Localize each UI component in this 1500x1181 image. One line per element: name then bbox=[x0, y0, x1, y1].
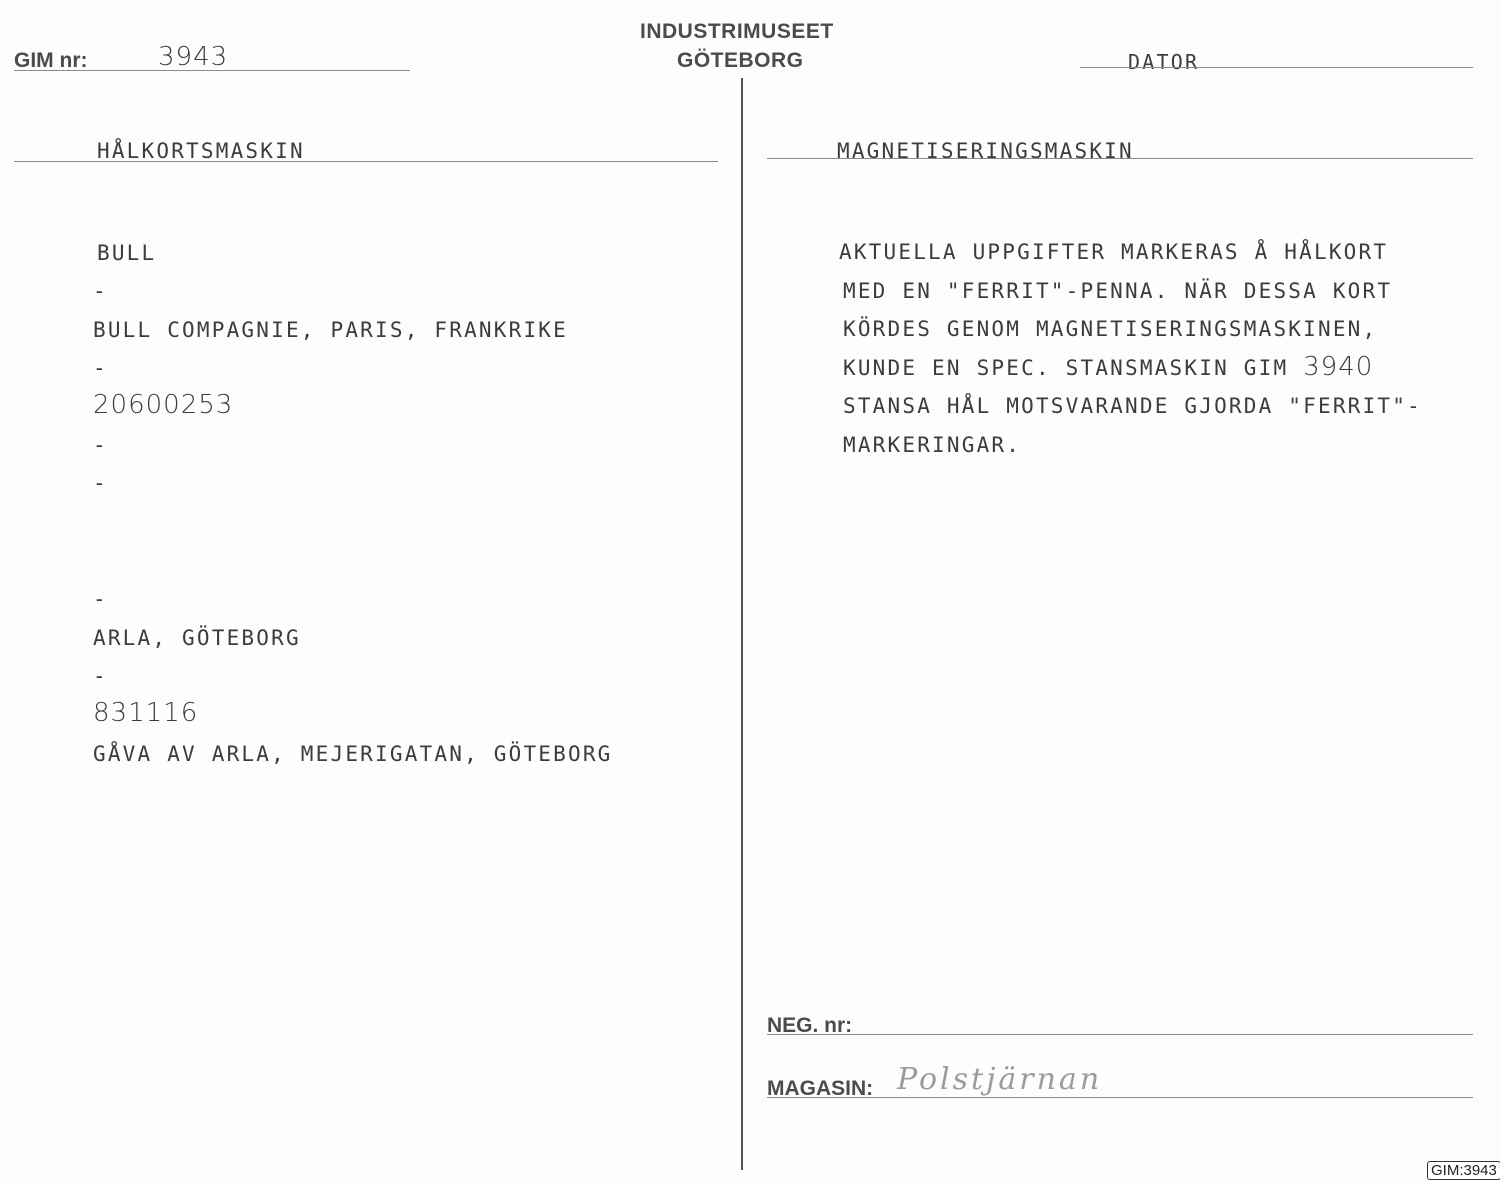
column-divider bbox=[741, 78, 743, 1170]
field-dash-2: - bbox=[93, 356, 108, 380]
magasin-value-handwritten: Polstjärnan bbox=[897, 1062, 1102, 1097]
description-line-2: MED EN "FERRIT"-PENNA. NÄR DESSA KORT bbox=[843, 279, 1392, 303]
neg-number-rule bbox=[767, 1034, 1473, 1035]
museum-name-line2: GÖTEBORG bbox=[677, 49, 804, 73]
field-dash-4: - bbox=[93, 471, 108, 495]
field-serial-number: 20600253 bbox=[93, 390, 233, 420]
reference-gim-number: 3940 bbox=[1303, 352, 1373, 382]
object-name: HÅLKORTSMASKIN bbox=[97, 139, 305, 163]
archive-stamp: GIM:3943 bbox=[1427, 1161, 1500, 1180]
field-dash-1: - bbox=[93, 279, 108, 303]
subtype-name: MAGNETISERINGSMASKIN bbox=[837, 139, 1134, 163]
description-line-4: KUNDE EN SPEC. STANSMASKIN GIM 3940 bbox=[843, 352, 1373, 382]
subtype-name-rule bbox=[767, 158, 1473, 159]
description-line-5: STANSA HÅL MOTSVARANDE GJORDA "FERRIT"- bbox=[843, 394, 1422, 418]
field-acquisition: GÅVA AV ARLA, MEJERIGATAN, GÖTEBORG bbox=[93, 742, 613, 766]
description-line-3: KÖRDES GENOM MAGNETISERINGSMASKINEN, bbox=[843, 317, 1377, 341]
field-dash-5: - bbox=[93, 587, 108, 611]
field-user: ARLA, GÖTEBORG bbox=[93, 626, 301, 650]
category-rule bbox=[1080, 67, 1473, 68]
field-manufacturer: BULL COMPAGNIE, PARIS, FRANKRIKE bbox=[93, 318, 568, 342]
description-line-4-text: KUNDE EN SPEC. STANSMASKIN GIM bbox=[843, 356, 1303, 380]
description-line-6: MARKERINGAR. bbox=[843, 433, 1021, 457]
magasin-rule bbox=[767, 1097, 1473, 1098]
gim-number-rule bbox=[14, 70, 410, 71]
object-name-rule bbox=[14, 161, 718, 162]
category-value: DATOR bbox=[1128, 50, 1199, 74]
museum-name-line1: INDUSTRIMUSEET bbox=[640, 20, 834, 44]
field-date: 831116 bbox=[93, 698, 198, 728]
field-manufacturer-short: BULL bbox=[97, 241, 156, 265]
description-line-1: AKTUELLA UPPGIFTER MARKERAS Å HÅLKORT bbox=[839, 240, 1388, 264]
field-dash-6: - bbox=[93, 664, 108, 688]
gim-number-value: 3943 bbox=[158, 42, 228, 72]
field-dash-3: - bbox=[93, 433, 108, 457]
